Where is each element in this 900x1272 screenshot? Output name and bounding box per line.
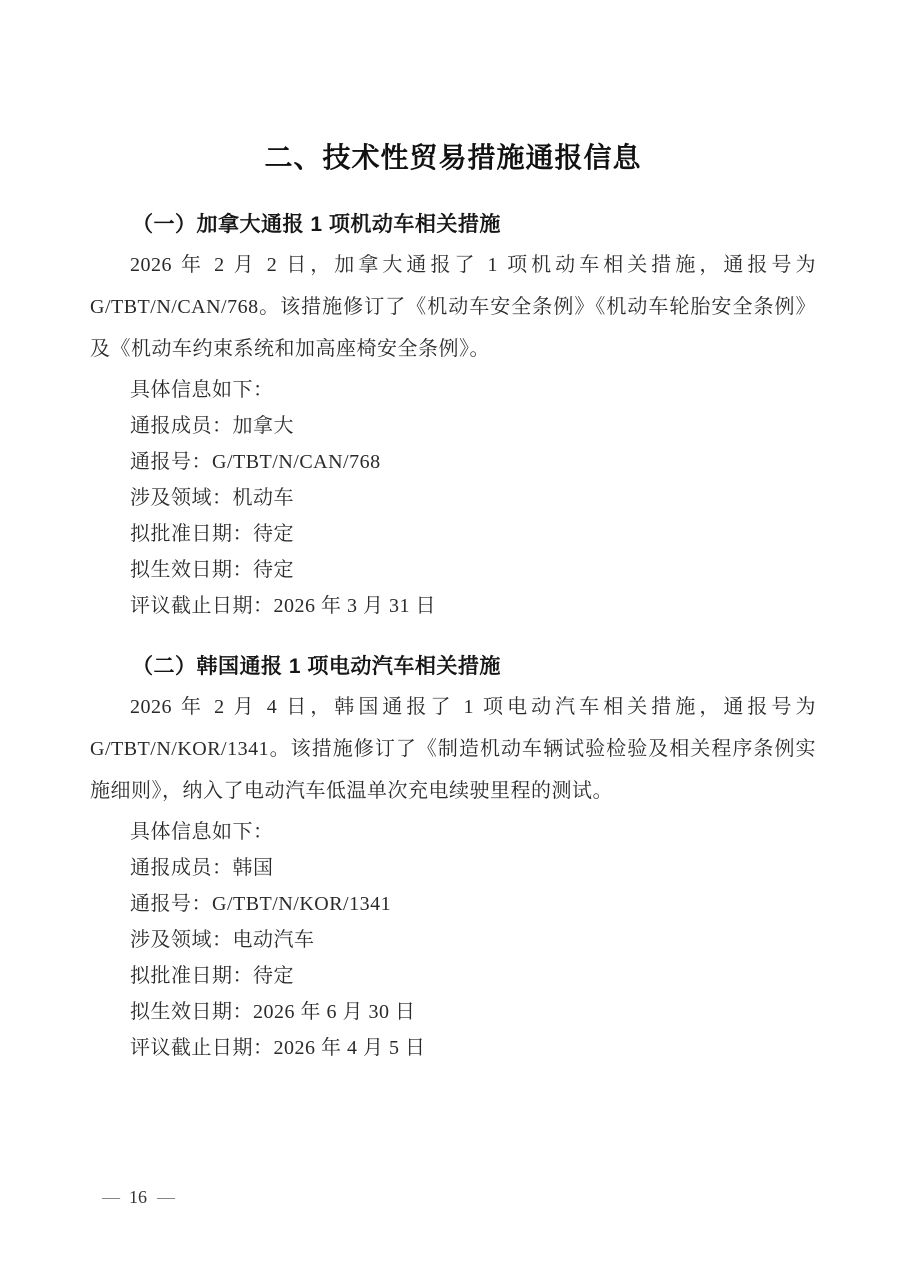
- section-canada-paragraph: 2026 年 2 月 2 日，加拿大通报了 1 项机动车相关措施，通报号为 G/…: [90, 244, 816, 370]
- detail-intro: 具体信息如下：: [90, 372, 816, 408]
- detail-comment-deadline: 评议截止日期：2026 年 4 月 5 日: [90, 1030, 816, 1066]
- section-korea-paragraph: 2026 年 2 月 4 日，韩国通报了 1 项电动汽车相关措施，通报号为 G/…: [90, 686, 816, 812]
- detail-member: 通报成员：加拿大: [90, 408, 816, 444]
- section-korea: （二）韩国通报 1 项电动汽车相关措施 2026 年 2 月 4 日，韩国通报了…: [90, 650, 816, 1066]
- detail-notification-no: 通报号：G/TBT/N/CAN/768: [90, 444, 816, 480]
- section-korea-heading: （二）韩国通报 1 项电动汽车相关措施: [90, 650, 816, 680]
- detail-field: 涉及领域：电动汽车: [90, 922, 816, 958]
- document-page: 二、技术性贸易措施通报信息 （一）加拿大通报 1 项机动车相关措施 2026 年…: [0, 0, 900, 1272]
- detail-comment-deadline: 评议截止日期：2026 年 3 月 31 日: [90, 588, 816, 624]
- detail-effective-date: 拟生效日期：2026 年 6 月 30 日: [90, 994, 816, 1030]
- page-footer: — 16 —: [102, 1187, 174, 1208]
- detail-notification-no: 通报号：G/TBT/N/KOR/1341: [90, 886, 816, 922]
- detail-member: 通报成员：韩国: [90, 850, 816, 886]
- detail-effective-date: 拟生效日期：待定: [90, 552, 816, 588]
- section-canada-heading: （一）加拿大通报 1 项机动车相关措施: [90, 208, 816, 238]
- page-title: 二、技术性贸易措施通报信息: [90, 136, 816, 176]
- section-canada: （一）加拿大通报 1 项机动车相关措施 2026 年 2 月 2 日，加拿大通报…: [90, 208, 816, 624]
- detail-approval-date: 拟批准日期：待定: [90, 516, 816, 552]
- page-number: 16: [129, 1187, 147, 1208]
- section-korea-details: 具体信息如下： 通报成员：韩国 通报号：G/TBT/N/KOR/1341 涉及领…: [90, 814, 816, 1066]
- footer-dash-left: —: [102, 1187, 119, 1208]
- footer-dash-right: —: [157, 1187, 174, 1208]
- detail-field: 涉及领域：机动车: [90, 480, 816, 516]
- detail-approval-date: 拟批准日期：待定: [90, 958, 816, 994]
- detail-intro: 具体信息如下：: [90, 814, 816, 850]
- section-canada-details: 具体信息如下： 通报成员：加拿大 通报号：G/TBT/N/CAN/768 涉及领…: [90, 372, 816, 624]
